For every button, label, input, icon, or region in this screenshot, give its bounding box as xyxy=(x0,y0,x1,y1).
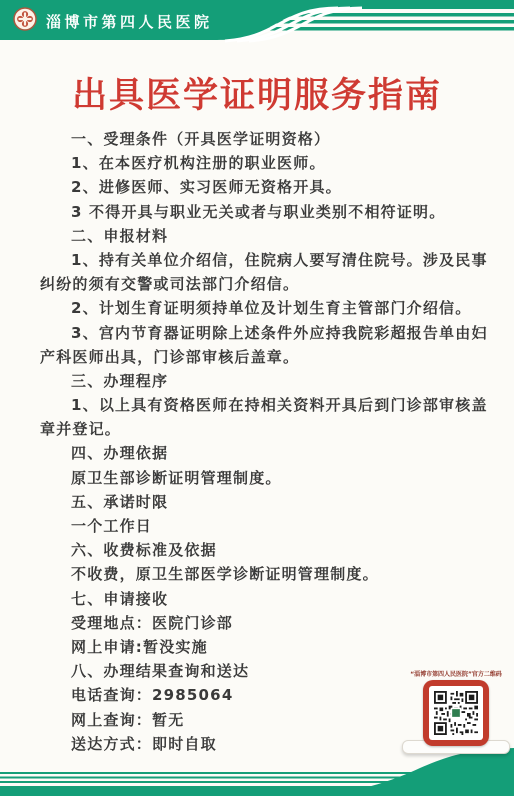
hospital-logo-icon xyxy=(13,7,37,31)
body-line: 2、进修医师、实习医师无资格开具。 xyxy=(40,175,492,199)
body-line: 1、在本医疗机构注册的职业医师。 xyxy=(40,151,492,175)
body-line: 3 不得开具与职业无关或者与职业类别不相符证明。 xyxy=(40,200,492,224)
body-line: 1、以上具有资格医师在持相关资料开具后到门诊部审核盖 xyxy=(40,393,492,417)
body-text: 一、受理条件（开具医学证明资格） 1、在本医疗机构注册的职业医师。 2、进修医师… xyxy=(40,127,492,756)
body-line: 3、宫内节育器证明除上述条件外应持我院彩超报告单由妇 xyxy=(40,321,492,345)
qr-block: “淄博市第四人民医院”官方二维码 xyxy=(404,669,508,746)
hospital-name: 淄博市第四人民医院 xyxy=(46,11,213,32)
body-line: 受理地点：医院门诊部 xyxy=(40,611,492,635)
body-line: 网上申请:暂没实施 xyxy=(40,635,492,659)
body-line-section-6: 六、收费标准及依据 xyxy=(40,538,492,562)
body-line-section-7: 七、申请接收 xyxy=(40,587,492,611)
body-line-section-2: 二、申报材料 xyxy=(40,224,492,248)
body-line: 产科医师出具，门诊部审核后盖章。 xyxy=(40,345,492,369)
body-line: 不收费，原卫生部医学诊断证明管理制度。 xyxy=(40,562,492,586)
poster: 淄博市第四人民医院 出具医学证明服务指南 一、受理条件（开具医学证明资格） 1、… xyxy=(0,0,514,796)
body-line-section-5: 五、承诺时限 xyxy=(40,490,492,514)
body-line: 章并登记。 xyxy=(40,417,492,441)
body-line: 原卫生部诊断证明管理制度。 xyxy=(40,466,492,490)
body-line: 一个工作日 xyxy=(40,514,492,538)
body-line-section-3: 三、办理程序 xyxy=(40,369,492,393)
body-line-section-4: 四、办理依据 xyxy=(40,441,492,465)
body-line: 纠纷的须有交警或司法部门介绍信。 xyxy=(40,272,492,296)
body-line-section-1: 一、受理条件（开具医学证明资格） xyxy=(40,127,492,151)
body-line: 2、计划生育证明须持单位及计划生育主管部门介绍信。 xyxy=(40,296,492,320)
qr-frame xyxy=(423,680,489,746)
body-line: 1、持有关单位介绍信，住院病人要写清住院号。涉及民事 xyxy=(40,248,492,272)
qr-caption: “淄博市第四人民医院”官方二维码 xyxy=(408,669,504,677)
qr-code xyxy=(429,686,483,740)
page-title: 出具医学证明服务指南 xyxy=(0,68,514,118)
